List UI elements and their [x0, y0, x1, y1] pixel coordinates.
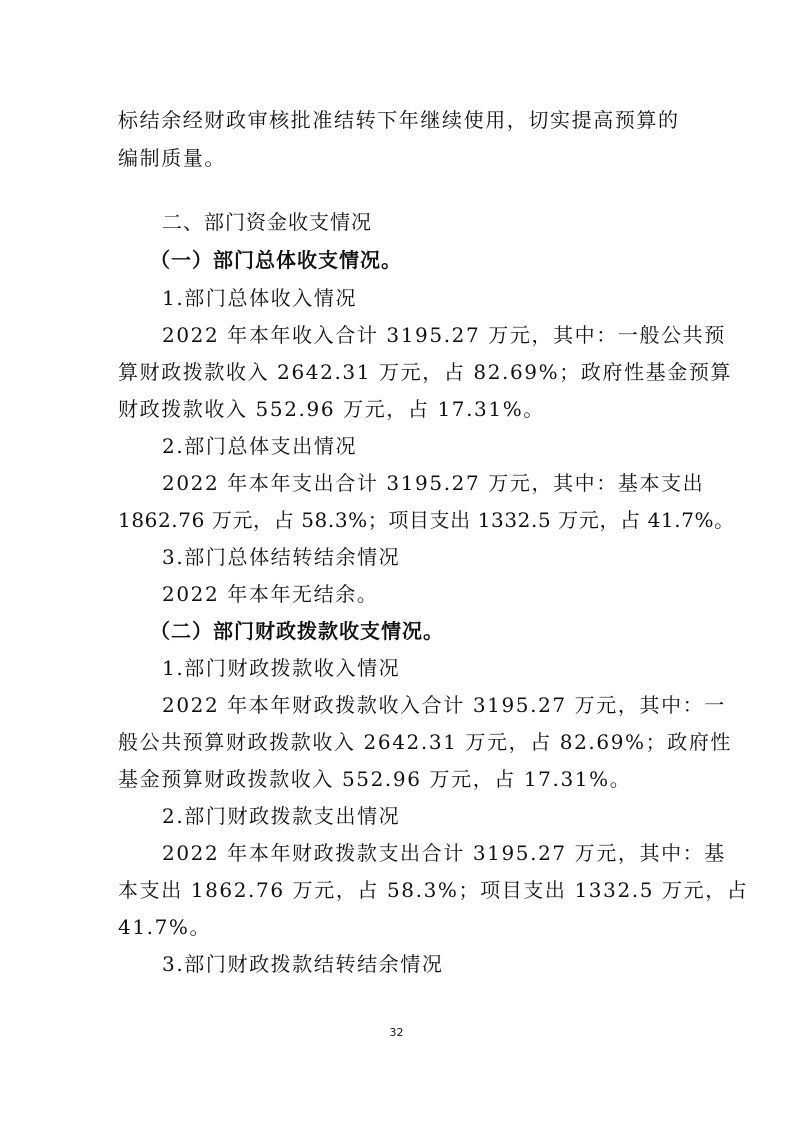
subsection-heading: （二）部门财政拨款收支情况。	[150, 619, 710, 643]
paragraph-line: 财政拨款收入 552.96 万元，占 17.31%。	[118, 397, 678, 421]
page-number: 32	[0, 1026, 793, 1039]
paragraph-line: 标结余经财政审核批准结转下年继续使用，切实提高预算的	[118, 108, 678, 132]
item-heading: 2.部门总体支出情况	[162, 434, 722, 458]
paragraph-line: 本支出 1862.76 万元，占 58.3%；项目支出 1332.5 万元，占	[118, 878, 678, 902]
item-heading: 2.部门财政拨款支出情况	[162, 804, 722, 828]
item-heading: 1.部门财政拨款收入情况	[162, 656, 722, 680]
subsection-heading: （一）部门总体收支情况。	[150, 248, 710, 272]
paragraph-line: 1862.76 万元，占 58.3%；项目支出 1332.5 万元，占 41.7…	[118, 508, 678, 532]
item-heading: 3.部门财政拨款结转结余情况	[162, 952, 722, 976]
paragraph-line: 编制质量。	[118, 146, 678, 170]
item-heading: 3.部门总体结转结余情况	[162, 545, 722, 569]
paragraph-line: 2022 年本年收入合计 3195.27 万元，其中：一般公共预	[162, 323, 722, 347]
paragraph-line: 41.7%。	[118, 915, 678, 939]
paragraph-line: 2022 年本年无结余。	[162, 582, 722, 606]
paragraph-line: 2022 年本年财政拨款支出合计 3195.27 万元，其中：基	[162, 841, 722, 865]
paragraph-line: 般公共预算财政拨款收入 2642.31 万元，占 82.69%；政府性	[118, 730, 678, 754]
section-heading: 二、部门资金收支情况	[162, 210, 722, 234]
paragraph-line: 2022 年本年财政拨款收入合计 3195.27 万元，其中：一	[162, 693, 722, 717]
paragraph-line: 2022 年本年支出合计 3195.27 万元，其中：基本支出	[162, 471, 722, 495]
paragraph-line: 基金预算财政拨款收入 552.96 万元，占 17.31%。	[118, 767, 678, 791]
paragraph-line: 算财政拨款收入 2642.31 万元，占 82.69%；政府性基金预算	[118, 360, 678, 384]
item-heading: 1.部门总体收入情况	[162, 286, 722, 310]
